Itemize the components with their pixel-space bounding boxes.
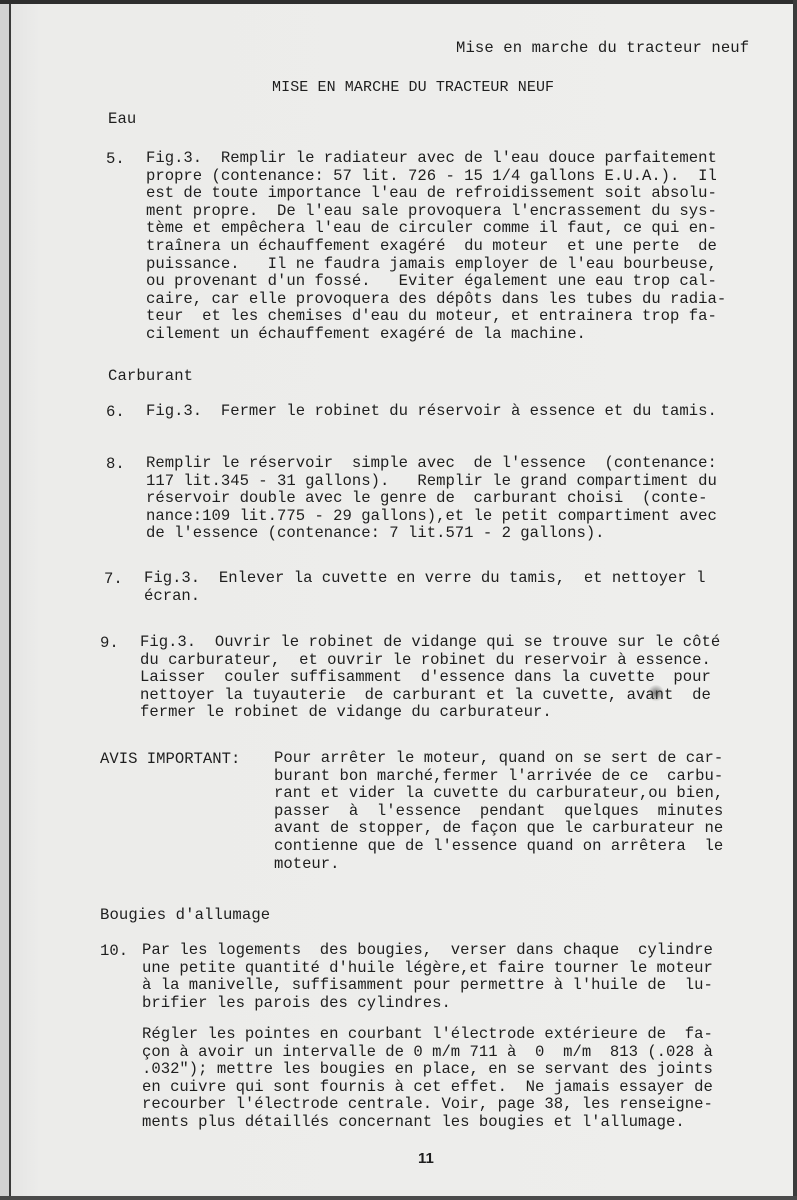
- section-heading-bougies: Bougies d'allumage: [100, 906, 270, 924]
- right-edge-shadow: [793, 0, 797, 1200]
- item-10-text-continued: Régler les pointes en courbant l'électro…: [142, 1026, 713, 1132]
- item-number-8: 8.: [106, 455, 125, 473]
- notice-label: AVIS IMPORTANT:: [100, 750, 240, 768]
- item-8-text: Remplir le réservoir simple avec de l'es…: [146, 455, 717, 543]
- item-number-9: 9.: [100, 634, 119, 652]
- page-gutter: [0, 0, 9, 1200]
- item-6-text: Fig.3. Fermer le robinet du réservoir à …: [146, 403, 717, 421]
- top-edge-shadow: [0, 0, 797, 4]
- item-5-text: Fig.3. Remplir le radiateur avec de l'ea…: [146, 150, 726, 344]
- ink-stain: [648, 684, 664, 702]
- section-heading-carburant: Carburant: [108, 367, 193, 385]
- binding-edge: [9, 4, 11, 1200]
- item-number-5: 5.: [106, 150, 125, 168]
- notice-text: Pour arrêter le moteur, quand on se sert…: [274, 750, 723, 873]
- page-title: MISE EN MARCHE DU TRACTEUR NEUF: [272, 79, 554, 97]
- item-number-6: 6.: [106, 403, 125, 421]
- page-number: 11: [418, 1150, 434, 1167]
- item-10-text: Par les logements des bougies, verser da…: [142, 942, 713, 1012]
- item-7-text: Fig.3. Enlever la cuvette en verre du ta…: [144, 570, 705, 605]
- running-head: Mise en marche du tracteur neuf: [456, 39, 749, 57]
- document-page: Mise en marche du tracteur neuf MISE EN …: [0, 0, 797, 1200]
- item-number-7: 7.: [104, 570, 123, 588]
- item-number-10: 10.: [100, 942, 128, 960]
- item-9-text: Fig.3. Ouvrir le robinet de vidange qui …: [140, 634, 720, 722]
- bottom-edge-shadow: [0, 1196, 797, 1200]
- section-heading-eau: Eau: [108, 110, 136, 128]
